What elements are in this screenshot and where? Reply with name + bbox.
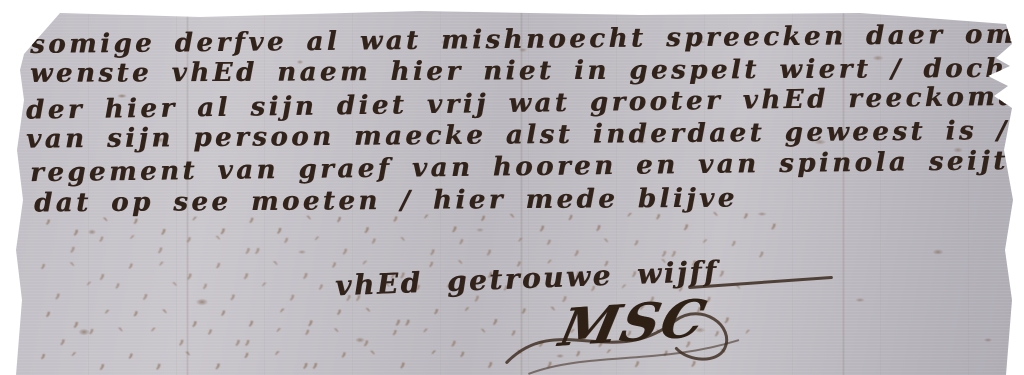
letter-paper: ’ , ` ’ , ´ , ’ , ` ’ , ’ ´ , ’ ` , ’ , … (0, 0, 1024, 375)
handwriting-line-6: dat op see moeten / hier mede blijve (34, 184, 738, 219)
bleedthrough-marks: , ’ ` ´ , ’ ,, ´ ’ ` , ’ ´ , ` ’ , ´ , ’… (60, 325, 980, 350)
signature-monogram: MSC (554, 288, 712, 359)
manuscript-scan: ’ , ` ’ , ´ , ’ , ` ’ , ’ ´ , ’ ` , ’ , … (0, 0, 1024, 375)
bleedthrough-marks: , ’ ´ , ’ ` ,, ’ ´ , ’ ` , ’ , ´ ’ , ` ’… (70, 233, 970, 261)
bleedthrough-marks: ’ ´ , ’ , ` , ’ ´ ,, ’ ` , ´ ’ , ` , ’ ´… (40, 346, 990, 373)
bleedthrough-marks: ’ , ´ ’ ` , ’ , ´ , ’ ` ,, ’ ´ , ’ ` , ’… (45, 302, 985, 331)
